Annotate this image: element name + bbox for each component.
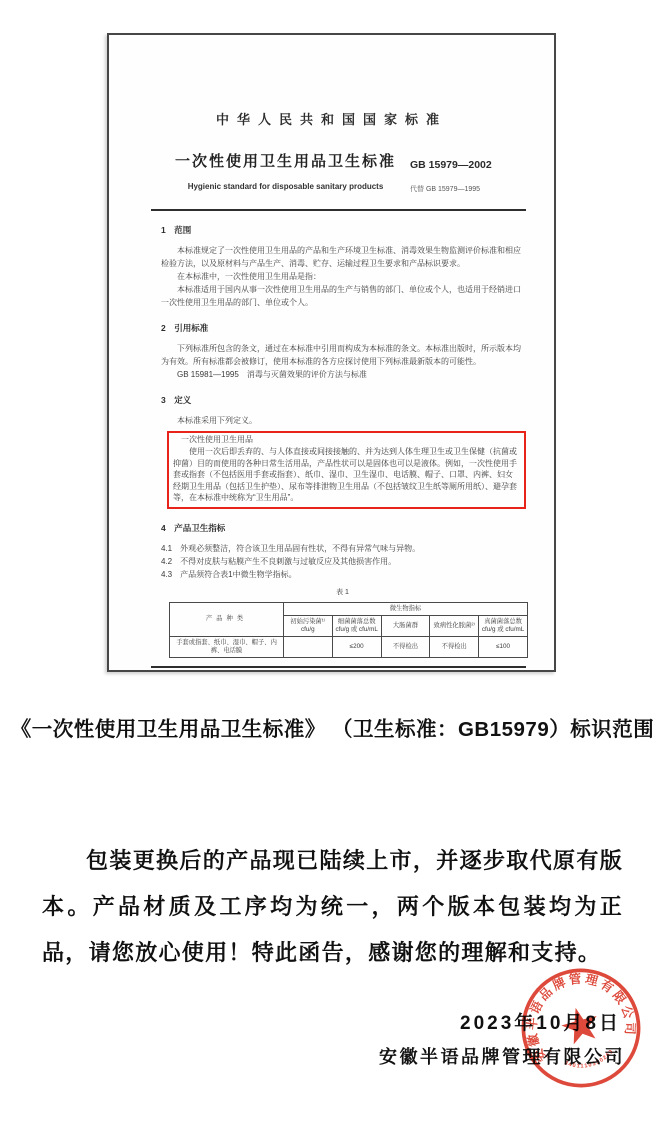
standard-title-cn: 一次性使用卫生用品卫生标准: [175, 153, 396, 170]
cell-coliform: 不得检出: [381, 636, 430, 657]
col-header-initial: 初始污染菌¹⁾ cfu/g: [283, 615, 332, 636]
col-header-product: 产品种类: [170, 602, 284, 636]
definition-body: 使用一次后即丢弃的、与人体直接或间接接触的、并为达到人体生理卫生或卫生保健（抗菌…: [173, 446, 518, 504]
section-1-paragraph: 本标准适用于国内从事一次性使用卫生用品的生产与销售的部门、单位或个人，也适用于经…: [161, 283, 524, 309]
table-caption: 表 1: [161, 586, 524, 599]
section-3-heading: 3 定义: [161, 395, 524, 406]
approval-row: 中华人民共和国国家质量监督检验检疫总局 2002-03-05 批准 2002-0…: [109, 668, 554, 673]
national-standard-label: 中华人民共和国国家标准: [109, 109, 554, 128]
section-4-item: 4.3 产品须符合表1中微生物学指标。: [161, 568, 524, 581]
seal-serial-number: 3401110330269: [562, 1047, 618, 1075]
col-header-bacteria: 细菌菌落总数 cfu/g 或 cfu/mL: [332, 615, 381, 636]
notice-paragraph: 包装更换后的产品现已陆续上市，并逐步取代原有版本。产品材质及工序均为统一，两个版…: [42, 838, 623, 976]
cell-pathogen: 不得检出: [430, 636, 479, 657]
section-2-reference: GB 15981—1995 消毒与灭菌效果的评价方法与标准: [161, 368, 524, 381]
section-1-paragraph: 本标准规定了一次性使用卫生用品的产品和生产环境卫生标准、消毒效果生物监测评价标准…: [161, 244, 524, 270]
company-seal: 安徽半语品牌管理有限公司 3401110330269: [517, 964, 645, 1092]
cell-initial: [283, 636, 332, 657]
caption-title: 《一次性使用卫生用品卫生标准》 （卫生标准：GB15979）标识范围: [0, 712, 665, 742]
header-divider: [151, 209, 526, 211]
microbiology-table: 产品种类 微生物指标 初始污染菌¹⁾ cfu/g 细菌菌落总数 cfu/g 或 …: [169, 602, 528, 658]
announcement-page: 中华人民共和国国家标准 一次性使用卫生用品卫生标准 GB 15979—2002 …: [0, 0, 665, 1144]
highlighted-definition-box: 一次性使用卫生用品 使用一次后即丢弃的、与人体直接或间接接触的、并为达到人体生理…: [167, 431, 526, 509]
col-header-pathogen: 致病性化脓菌²⁾: [430, 615, 479, 636]
table-row: 手套或指套、纸巾、湿巾、帽子、内裤、电话膜 ≤200 不得检出 不得检出 ≤10…: [170, 636, 528, 657]
replaces-note: 代替 GB 15979—1995: [410, 184, 528, 194]
definition-term: 一次性使用卫生用品: [173, 434, 518, 446]
standard-subtitle-row: Hygienic standard for disposable sanitar…: [109, 176, 554, 194]
cell-fungi: ≤100: [479, 636, 528, 657]
section-2-heading: 2 引用标准: [161, 323, 524, 334]
col-group-header: 微生物指标: [283, 602, 527, 615]
standard-title-row: 一次性使用卫生用品卫生标准 GB 15979—2002: [109, 150, 554, 171]
section-4-heading: 4 产品卫生指标: [161, 523, 524, 534]
col-header-fungi: 真菌菌落总数 cfu/g 或 cfu/mL: [479, 615, 528, 636]
standard-title-en: Hygienic standard for disposable sanitar…: [188, 182, 384, 191]
table-header-row: 产品种类 微生物指标: [170, 602, 528, 615]
section-1-heading: 1 范围: [161, 225, 524, 236]
star-icon: [558, 1003, 602, 1046]
section-4-item: 4.2 不得对皮肤与粘膜产生不良刺激与过敏反应及其他损害作用。: [161, 555, 524, 568]
standard-body: 1 范围 本标准规定了一次性使用卫生用品的产品和生产环境卫生标准、消毒效果生物监…: [109, 225, 554, 658]
col-header-coliform: 大肠菌群: [381, 615, 430, 636]
section-4-item: 4.1 外观必须整洁，符合该卫生用品固有性状，不得有异常气味与异物。: [161, 542, 524, 555]
svg-text:3401110330269: 3401110330269: [562, 1047, 618, 1075]
scanned-standard-page: 中华人民共和国国家标准 一次性使用卫生用品卫生标准 GB 15979—2002 …: [107, 33, 556, 672]
section-3-paragraph: 本标准采用下列定义。: [161, 414, 524, 427]
cell-product: 手套或指套、纸巾、湿巾、帽子、内裤、电话膜: [170, 636, 284, 657]
section-1-paragraph: 在本标准中，一次性使用卫生用品是指：: [161, 270, 524, 283]
section-2-paragraph: 下列标准所包含的条文，通过在本标准中引用而构成为本标准的条文。本标准出版时，所示…: [161, 342, 524, 368]
standard-number: GB 15979—2002: [410, 159, 528, 171]
cell-bacteria: ≤200: [332, 636, 381, 657]
